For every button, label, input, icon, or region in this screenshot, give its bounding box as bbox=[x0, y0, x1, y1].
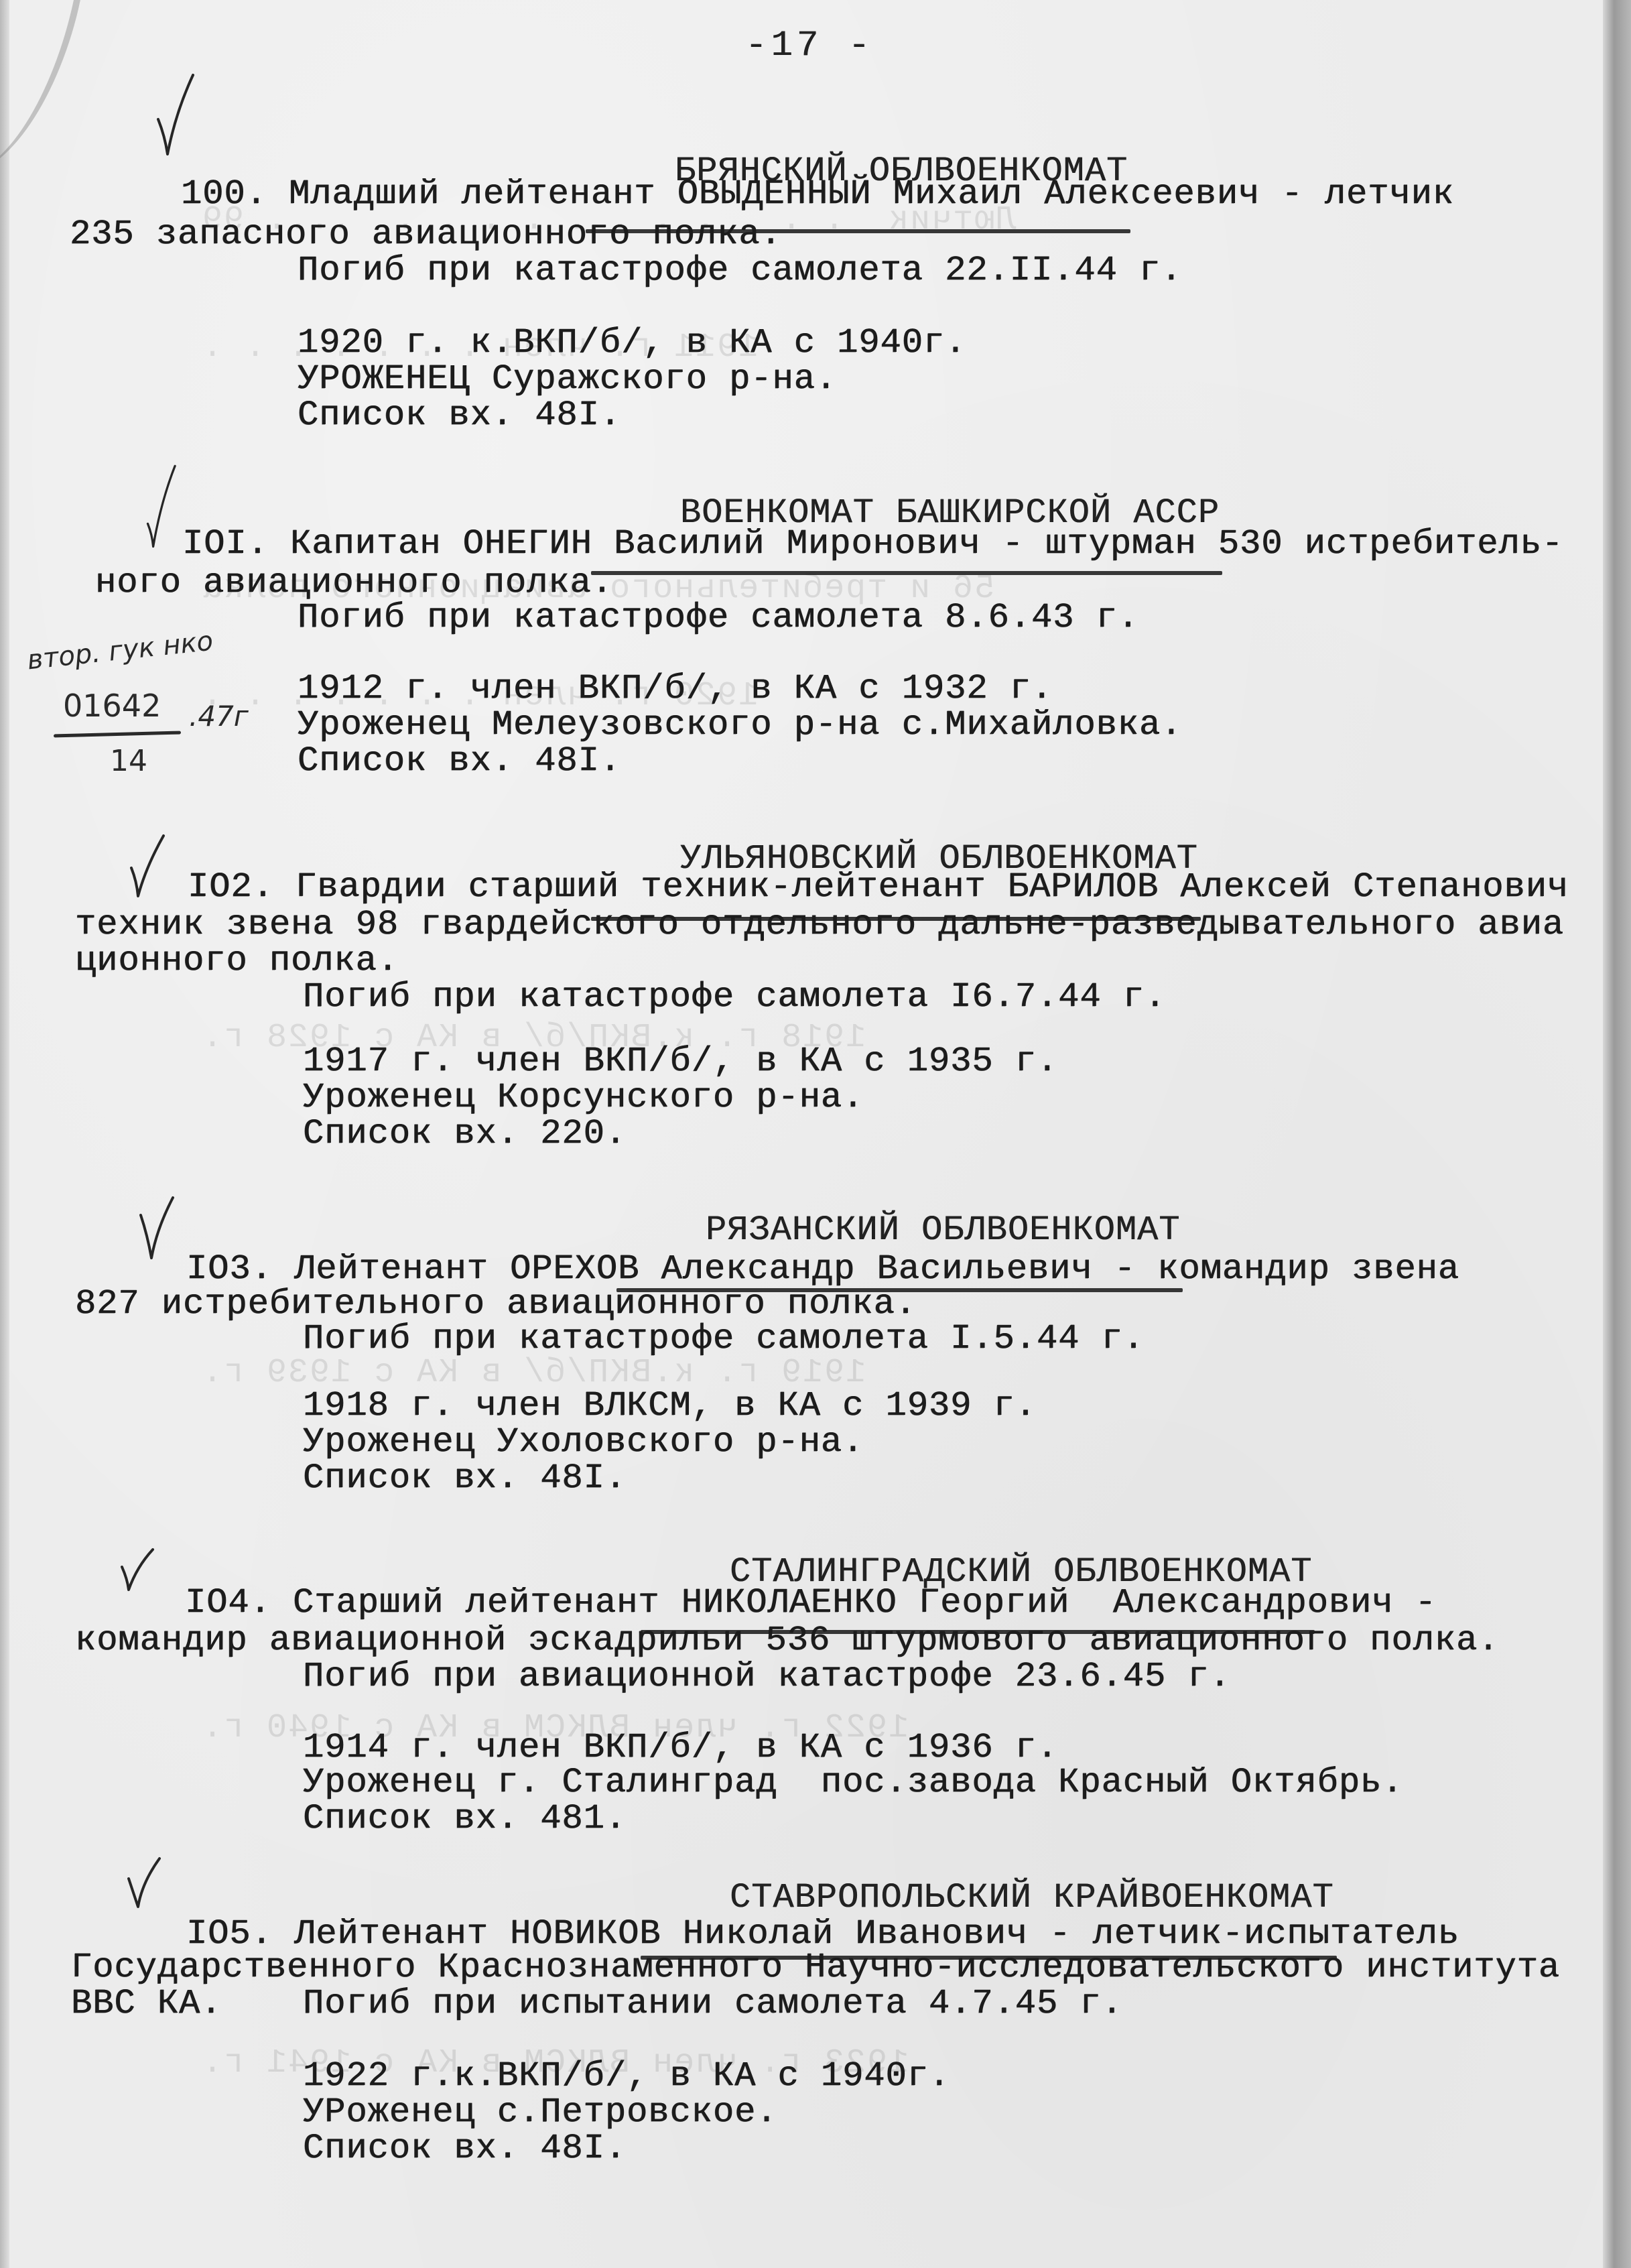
entry-line: IO2. Гвардии старший техник-лейтенант БА… bbox=[188, 869, 1569, 906]
entry-line: 827 истребительного авиационного полка. bbox=[75, 1285, 917, 1323]
entry-line: ного авиационного полка. bbox=[95, 564, 613, 602]
entry-line: Погиб при катастрофе самолета I6.7.44 г. bbox=[303, 979, 1166, 1016]
entry-line: 1920 г. к.ВКП/б/, в КА с 1940г. bbox=[298, 324, 966, 362]
fraction-line bbox=[54, 731, 181, 738]
entry-line: Уроженец Ухоловского р-на. bbox=[303, 1424, 864, 1461]
entry-line: 1912 г. член ВКП/б/, в КА с 1932 г. bbox=[298, 670, 1053, 708]
entry-line: Уроженец Мелеузовского р-на с.Михайловка… bbox=[298, 706, 1182, 744]
entry-line: IO3. Лейтенант ОРЕХОВ Александр Васильев… bbox=[186, 1251, 1459, 1288]
entry-line: 235 запасного авиационного полка. bbox=[70, 216, 782, 253]
entry-line: Уроженец г. Сталинград пос.завода Красны… bbox=[303, 1764, 1403, 1802]
handwritten-sheet-number: 14 bbox=[110, 744, 147, 778]
entry-line: Список вх. 48I. bbox=[298, 397, 621, 434]
entry-line: Список вх. 48I. bbox=[303, 1460, 627, 1497]
entry-line: Список вх. 220. bbox=[303, 1115, 627, 1153]
entry-line: IO4. Старший лейтенант НИКОЛАЕНКО Георги… bbox=[185, 1584, 1437, 1622]
entry-line: ВВС КА. bbox=[71, 1985, 222, 2023]
handwritten-margin-note: втор. гук нко bbox=[25, 626, 214, 676]
entry-line: техник звена 98 гвардейского отдельного … bbox=[75, 906, 1564, 944]
entry-line: Уроженец Корсунского р-на. bbox=[303, 1079, 864, 1117]
document-page: Лютчик . . . . . . . . . . . .... 99 191… bbox=[0, 0, 1631, 2268]
page-curl-shadow bbox=[0, 0, 80, 174]
scan-left-edge bbox=[0, 0, 9, 2268]
entry-line: Список вх. 481. bbox=[303, 1800, 627, 1838]
checkmark-icon bbox=[119, 1527, 159, 1614]
entry-line: Погиб при авиационной катастрофе 23.6.45… bbox=[303, 1658, 1231, 1696]
checkmark-icon bbox=[138, 1185, 178, 1272]
entry-line: IOI. Капитан ОНЕГИН Василий Миронович - … bbox=[182, 525, 1563, 563]
entry-line: 1922 г.к.ВКП/б/, в КА с 1940г. bbox=[303, 2058, 950, 2095]
entry-line: УРоженец с.Петровское. bbox=[303, 2094, 778, 2131]
entry-line: Список вх. 48I. bbox=[298, 743, 621, 780]
entry-line: 1918 г. член ВЛКСМ, в КА с 1939 г. bbox=[303, 1387, 1037, 1425]
checkmark-icon bbox=[126, 1839, 166, 1926]
entry-line: ционного полка. bbox=[75, 942, 399, 980]
entry-line: УРОЖЕНЕЦ Суражского р-на. bbox=[298, 361, 837, 398]
handwritten-reference-number: 01642 bbox=[63, 688, 161, 724]
handwritten-year: .47г bbox=[189, 700, 249, 733]
entry-line: 100. Младший лейтенант ОВЫДЕННЫЙ Михаил … bbox=[181, 176, 1454, 213]
entry-line: Погиб при катастрофе самолета 8.6.43 г. bbox=[298, 599, 1139, 637]
checkmark-icon bbox=[129, 823, 169, 910]
entry-line: Погиб при испытании самолета 4.7.45 г. bbox=[303, 1985, 1123, 2023]
entry-line: Погиб при катастрофе самолета 22.II.44 г… bbox=[298, 252, 1182, 290]
scan-right-edge bbox=[1603, 0, 1631, 2268]
entry-line: Погиб при катастрофе самолета I.5.44 г. bbox=[303, 1320, 1145, 1358]
checkmark-icon bbox=[155, 72, 196, 160]
entry-line: 1914 г. член ВКП/б/, в КА с 1936 г. bbox=[303, 1729, 1058, 1767]
entry-line: Государственного Краснознаменного Научно… bbox=[71, 1949, 1560, 1987]
checkmark-icon bbox=[141, 464, 181, 551]
entry-line: 1917 г. член ВКП/б/, в КА с 1935 г. bbox=[303, 1043, 1058, 1080]
page-number: -17 - bbox=[745, 25, 874, 66]
entry-line: Список вх. 48I. bbox=[303, 2130, 627, 2167]
entry-line: командир авиационной эскадрильи 536 штур… bbox=[75, 1622, 1500, 1659]
